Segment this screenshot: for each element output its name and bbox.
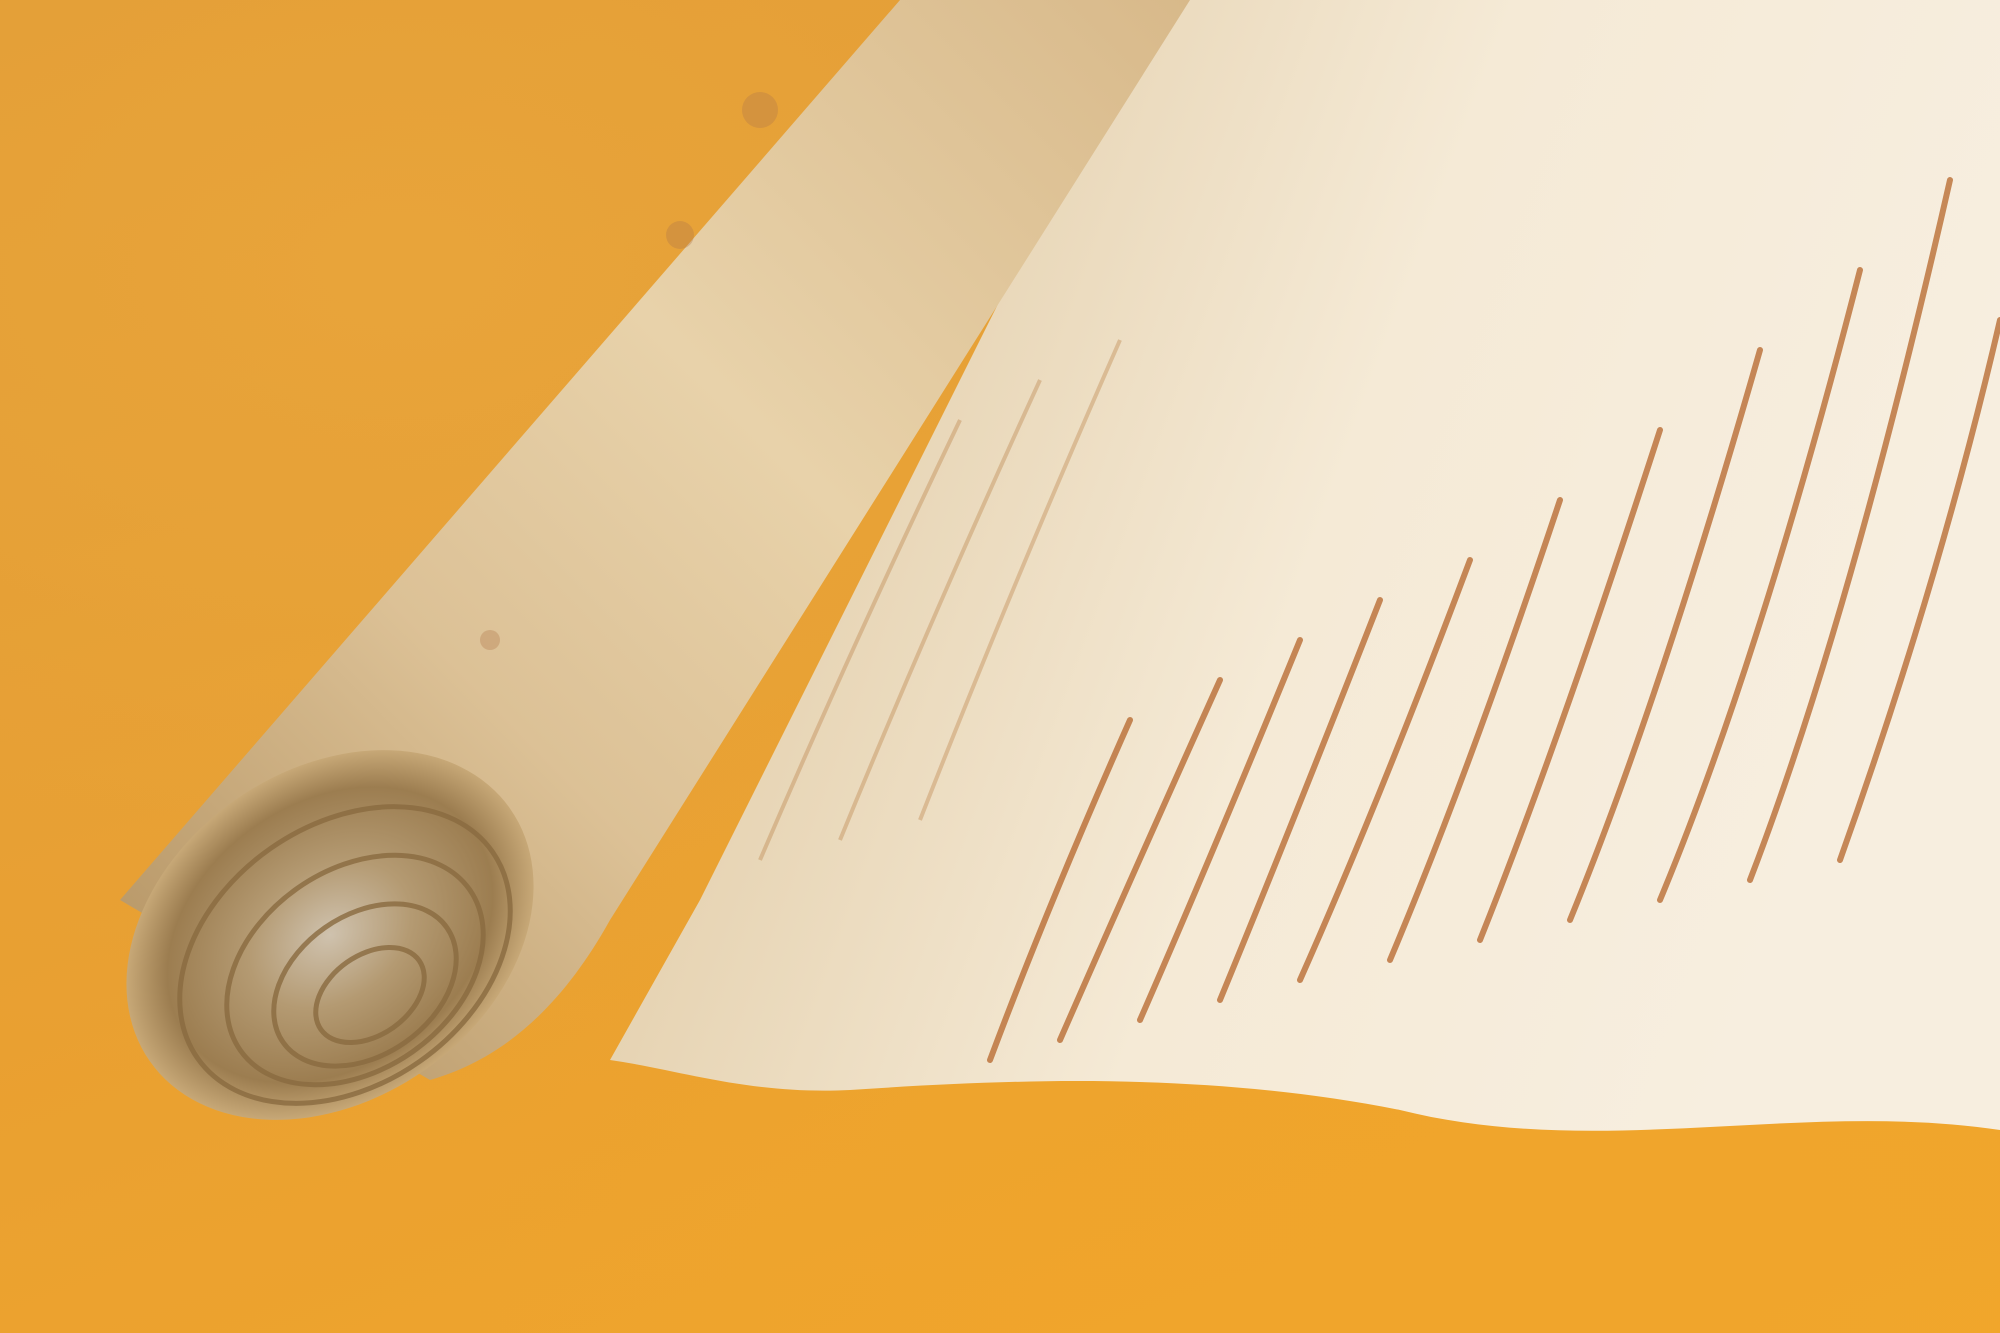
photo-scene: [0, 0, 2000, 1333]
scroll-illustration: [0, 0, 2000, 1333]
